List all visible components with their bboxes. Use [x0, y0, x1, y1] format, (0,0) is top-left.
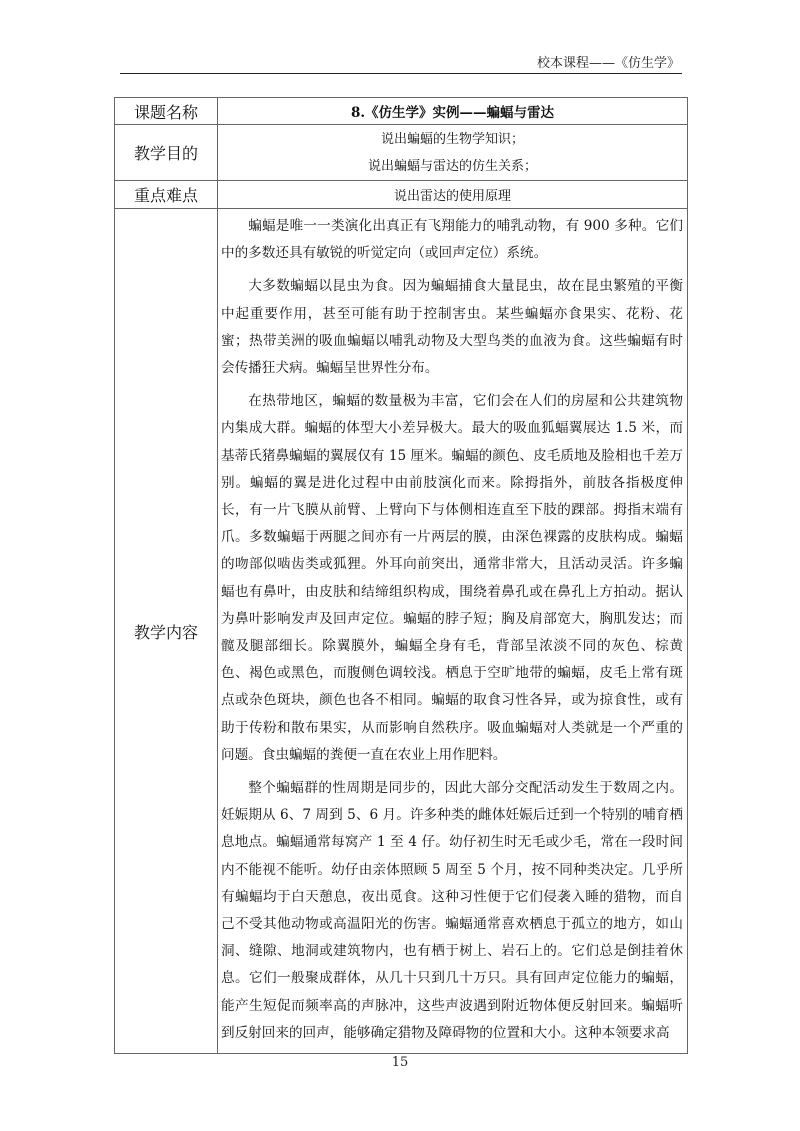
key-points-value: 说出雷达的使用原理 [218, 181, 688, 209]
teaching-content-text: 蝙蝠是唯一一类演化出真正有飞翔能力的哺乳动物，有 900 多种。它们中的多数还具… [218, 209, 687, 1047]
page-number: 15 [0, 1055, 800, 1070]
teaching-goal-item: 说出蝙蝠与雷达的仿生关系； [218, 153, 687, 180]
running-title: 校本课程——《仿生学》 [537, 52, 680, 71]
label-key-points: 重点难点 [115, 181, 218, 209]
content-paragraph: 整个蝙蝠群的性周期是同步的，因此大部分交配活动发生于数周之内。妊娠期从 6、7 … [221, 775, 683, 1047]
row-lesson-title: 课题名称 8.《仿生学》实例——蝙蝠与雷达 [115, 98, 688, 125]
row-teaching-goals: 教学目的 说出蝙蝠的生物学知识； 说出蝙蝠与雷达的仿生关系； [115, 125, 688, 181]
teaching-goal-item: 说出蝙蝠的生物学知识； [218, 126, 687, 153]
label-teaching-content: 教学内容 [115, 209, 218, 1054]
running-header: 校本课程——《仿生学》 [120, 50, 682, 74]
label-teaching-goals: 教学目的 [115, 125, 218, 181]
label-lesson-title: 课题名称 [115, 98, 218, 125]
lesson-title-value: 8.《仿生学》实例——蝙蝠与雷达 [218, 98, 688, 125]
content-paragraph: 在热带地区，蝙蝠的数量极为丰富，它们会在人们的房屋和公共建筑物内集成大群。蝙蝠的… [221, 388, 683, 769]
teaching-content-value: 蝙蝠是唯一一类演化出真正有飞翔能力的哺乳动物，有 900 多种。它们中的多数还具… [218, 209, 688, 1054]
row-teaching-content: 教学内容 蝙蝠是唯一一类演化出真正有飞翔能力的哺乳动物，有 900 多种。它们中… [115, 209, 688, 1054]
content-paragraph: 大多数蝙蝠以昆虫为食。因为蝙蝠捕食大量昆虫，故在昆虫繁殖的平衡中起重要作用，甚至… [221, 273, 683, 382]
lesson-plan-table: 课题名称 8.《仿生学》实例——蝙蝠与雷达 教学目的 说出蝙蝠的生物学知识； 说… [114, 97, 688, 1054]
row-key-points: 重点难点 说出雷达的使用原理 [115, 181, 688, 209]
teaching-goals-value: 说出蝙蝠的生物学知识； 说出蝙蝠与雷达的仿生关系； [218, 125, 688, 181]
content-paragraph: 蝙蝠是唯一一类演化出真正有飞翔能力的哺乳动物，有 900 多种。它们中的多数还具… [221, 213, 683, 267]
